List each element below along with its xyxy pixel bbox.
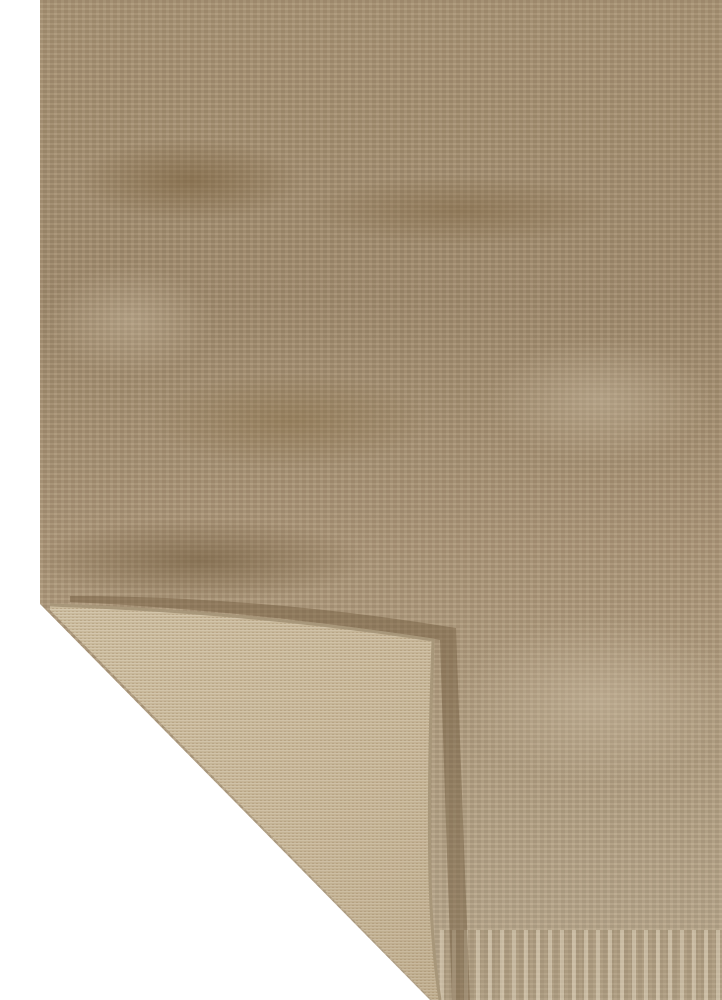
- product-photo: [0, 0, 722, 1000]
- folded-corner-underside: [0, 0, 722, 1000]
